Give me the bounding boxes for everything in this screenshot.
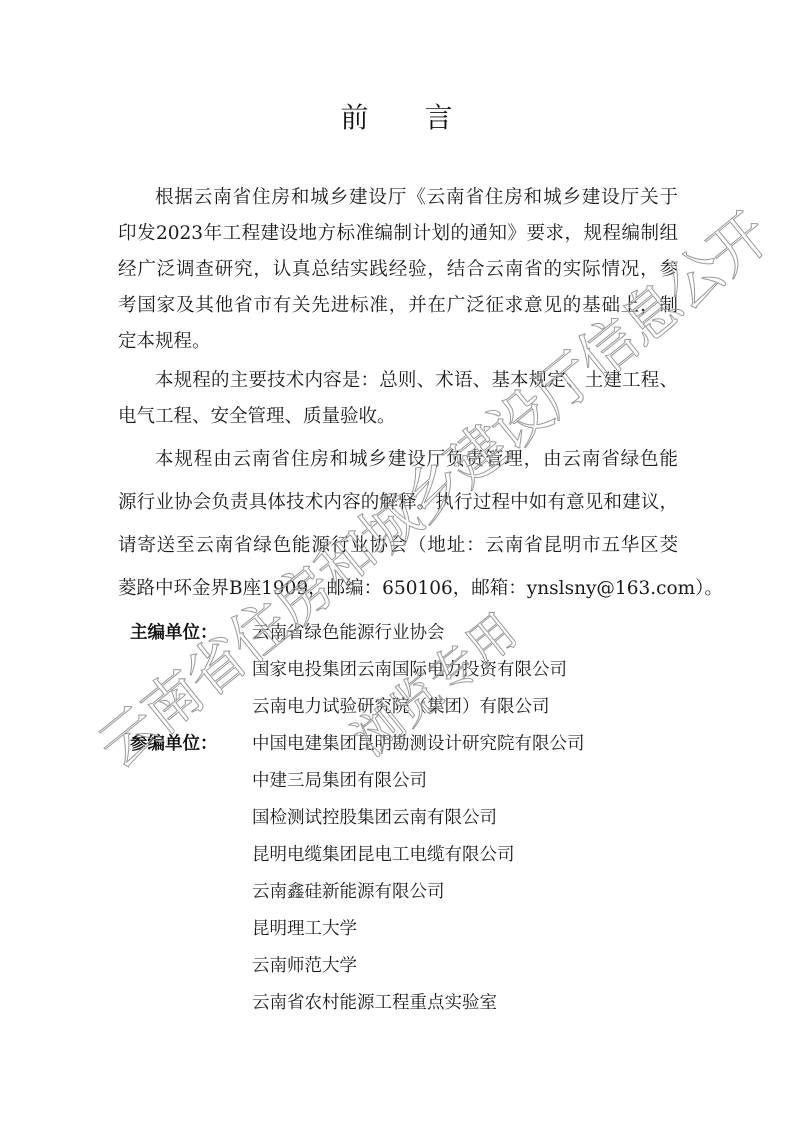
paragraph-line: 本规程的主要技术内容是：总则、术语、基本规定、土建工程、: [118, 363, 678, 399]
participating-editor-unit: 云南鑫硅新能源有限公司: [252, 877, 445, 907]
chief-editor-row: 云南电力试验研究院（集团）有限公司: [118, 692, 678, 729]
participating-editor-unit: 云南师范大学: [252, 951, 357, 981]
participating-editor-row: 云南师范大学: [118, 951, 678, 988]
paragraph-main-contents: 本规程的主要技术内容是：总则、术语、基本规定、土建工程、 电气工程、安全管理、质…: [118, 363, 678, 435]
paragraph-line: 印发2023年工程建设地方标准编制计划的通知》要求，规程编制组: [118, 216, 678, 252]
chief-editor-unit: 云南电力试验研究院（集团）有限公司: [252, 692, 550, 722]
participating-editor-label: 参编单位：: [130, 729, 218, 759]
chief-editor-row: 主编单位： 云南省绿色能源行业协会: [118, 618, 678, 655]
editing-units: 主编单位： 云南省绿色能源行业协会 国家电投集团云南国际电力投资有限公司 云南电…: [118, 618, 678, 1025]
chief-editor-unit: 云南省绿色能源行业协会: [252, 618, 445, 648]
participating-editor-row: 中建三局集团有限公司: [118, 766, 678, 803]
paragraph-line: 源行业协会负责具体技术内容的解释。执行过程中如有意见和建议，: [118, 481, 678, 524]
paragraph-preparation-basis: 根据云南省住房和城乡建设厅《云南省住房和城乡建设厅关于 印发2023年工程建设地…: [118, 180, 678, 360]
participating-editor-unit: 昆明理工大学: [252, 914, 357, 944]
participating-editor-unit: 中国电建集团昆明勘测设计研究院有限公司: [252, 729, 585, 759]
chief-editor-label: 主编单位：: [130, 618, 218, 648]
paragraph-line: 定本规程。: [118, 324, 678, 360]
title-char-1: 前: [340, 96, 368, 136]
title-char-2: 言: [425, 96, 453, 136]
paragraph-line: 经广泛调查研究，认真总结实践经验，结合云南省的实际情况，参: [118, 252, 678, 288]
paragraph-line: 本规程由云南省住房和城乡建设厅负责管理，由云南省绿色能: [118, 438, 678, 481]
participating-editor-row: 云南省农村能源工程重点实验室: [118, 988, 678, 1025]
chief-editor-unit: 国家电投集团云南国际电力投资有限公司: [252, 655, 567, 685]
participating-editor-row: 昆明理工大学: [118, 914, 678, 951]
paragraph-line: 请寄送至云南省绿色能源行业协会（地址：云南省昆明市五华区茭: [118, 524, 678, 567]
paragraph-line: 电气工程、安全管理、质量验收。: [118, 399, 678, 435]
participating-editor-row: 昆明电缆集团昆电工电缆有限公司: [118, 840, 678, 877]
participating-editor-row: 国检测试控股集团云南有限公司: [118, 803, 678, 840]
page-title: 前言: [0, 96, 793, 136]
paragraph-line: 根据云南省住房和城乡建设厅《云南省住房和城乡建设厅关于: [118, 180, 678, 216]
participating-editor-unit: 云南省农村能源工程重点实验室: [252, 988, 497, 1018]
paragraph-line: 考国家及其他省市有关先进标准，并在广泛征求意见的基础上，制: [118, 288, 678, 324]
participating-editor-unit: 国检测试控股集团云南有限公司: [252, 803, 497, 833]
participating-editor-unit: 昆明电缆集团昆电工电缆有限公司: [252, 840, 515, 870]
paragraph-management-contact: 本规程由云南省住房和城乡建设厅负责管理，由云南省绿色能 源行业协会负责具体技术内…: [118, 438, 678, 610]
chief-editor-row: 国家电投集团云南国际电力投资有限公司: [118, 655, 678, 692]
participating-editor-row: 云南鑫硅新能源有限公司: [118, 877, 678, 914]
participating-editor-row: 参编单位： 中国电建集团昆明勘测设计研究院有限公司: [118, 729, 678, 766]
participating-editor-unit: 中建三局集团有限公司: [252, 766, 427, 796]
document-page: 前言 根据云南省住房和城乡建设厅《云南省住房和城乡建设厅关于 印发2023年工程…: [0, 0, 793, 1122]
paragraph-line: 菱路中环金界B座1909，邮编：650106，邮箱：ynslsny@163.co…: [118, 567, 678, 610]
